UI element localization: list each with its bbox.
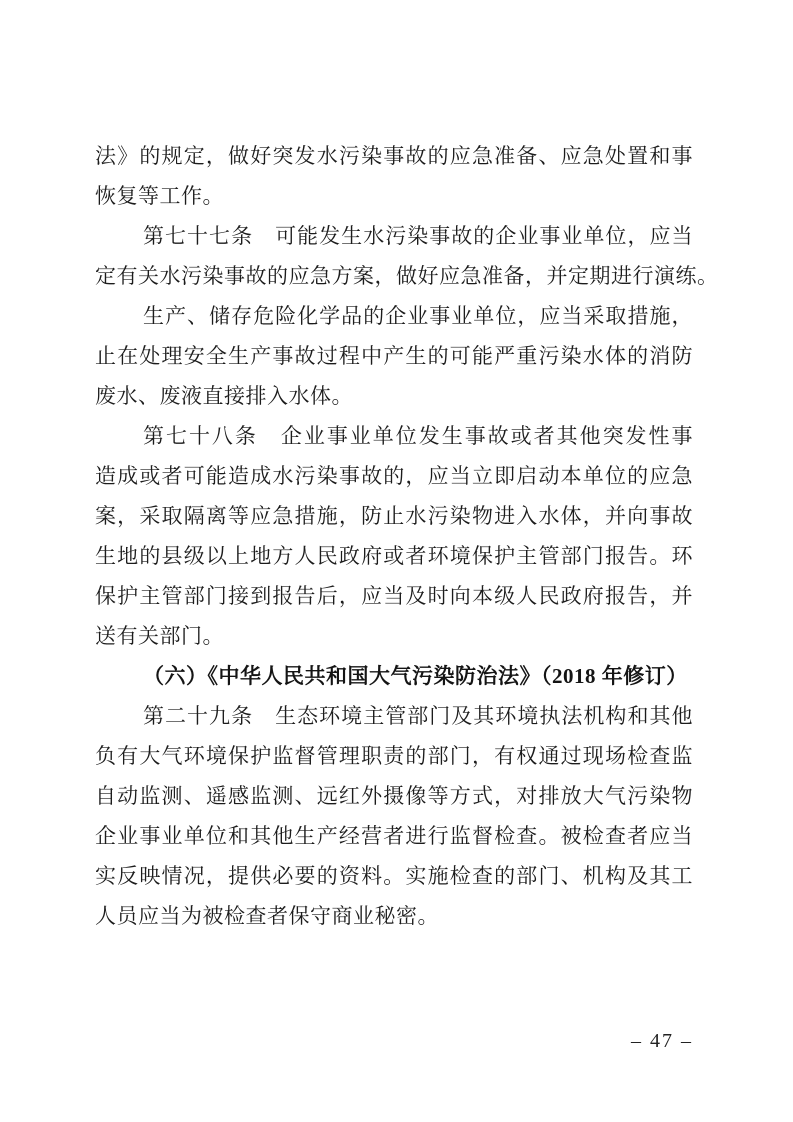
text-line: 定有关水污染事故的应急方案，做好应急准备，并定期进行演练。 [95, 256, 693, 296]
text-line: 送有关部门。 [95, 616, 693, 656]
text-line: 实反映情况，提供必要的资料。实施检查的部门、机构及其工作 [95, 856, 693, 896]
document-page: 法》的规定，做好突发水污染事故的应急准备、应急处置和事后 恢复等工作。 第七十七… [0, 0, 793, 1122]
article-29-line: 第二十九条 生态环境主管部门及其环境执法机构和其他 [95, 696, 693, 736]
text-line: 自动监测、遥感监测、远红外摄像等方式，对排放大气污染物的 [95, 776, 693, 816]
text-line: 人员应当为被检查者保守商业秘密。 [95, 896, 693, 936]
text-line: 负有大气环境保护监督管理职责的部门，有权通过现场检查监测、 [95, 736, 693, 776]
article-78-line: 第七十八条 企业事业单位发生事故或者其他突发性事件， [95, 416, 693, 456]
text-line: 止在处理安全生产事故过程中产生的可能严重污染水体的消防 [95, 336, 693, 376]
text-line: 案，采取隔离等应急措施，防止水污染物进入水体，并向事故发 [95, 496, 693, 536]
text-line: 企业事业单位和其他生产经营者进行监督检查。被检查者应当如 [95, 816, 693, 856]
document-body: 法》的规定，做好突发水污染事故的应急准备、应急处置和事后 恢复等工作。 第七十七… [95, 136, 693, 936]
text-line: 造成或者可能造成水污染事故的，应当立即启动本单位的应急方 [95, 456, 693, 496]
text-line: 恢复等工作。 [95, 176, 693, 216]
text-line: 法》的规定，做好突发水污染事故的应急准备、应急处置和事后 [95, 136, 693, 176]
section-heading: （六）《中华人民共和国大气污染防治法》（2018 年修订） [95, 656, 693, 696]
text-line: 废水、废液直接排入水体。 [95, 376, 693, 416]
text-line: 生产、储存危险化学品的企业事业单位，应当采取措施，防 [95, 296, 693, 336]
text-line: 保护主管部门接到报告后，应当及时向本级人民政府报告，并抄 [95, 576, 693, 616]
text-line: 生地的县级以上地方人民政府或者环境保护主管部门报告。环境 [95, 536, 693, 576]
page-number: – 47 – [631, 1026, 693, 1056]
article-77-line: 第七十七条 可能发生水污染事故的企业事业单位，应当制 [95, 216, 693, 256]
